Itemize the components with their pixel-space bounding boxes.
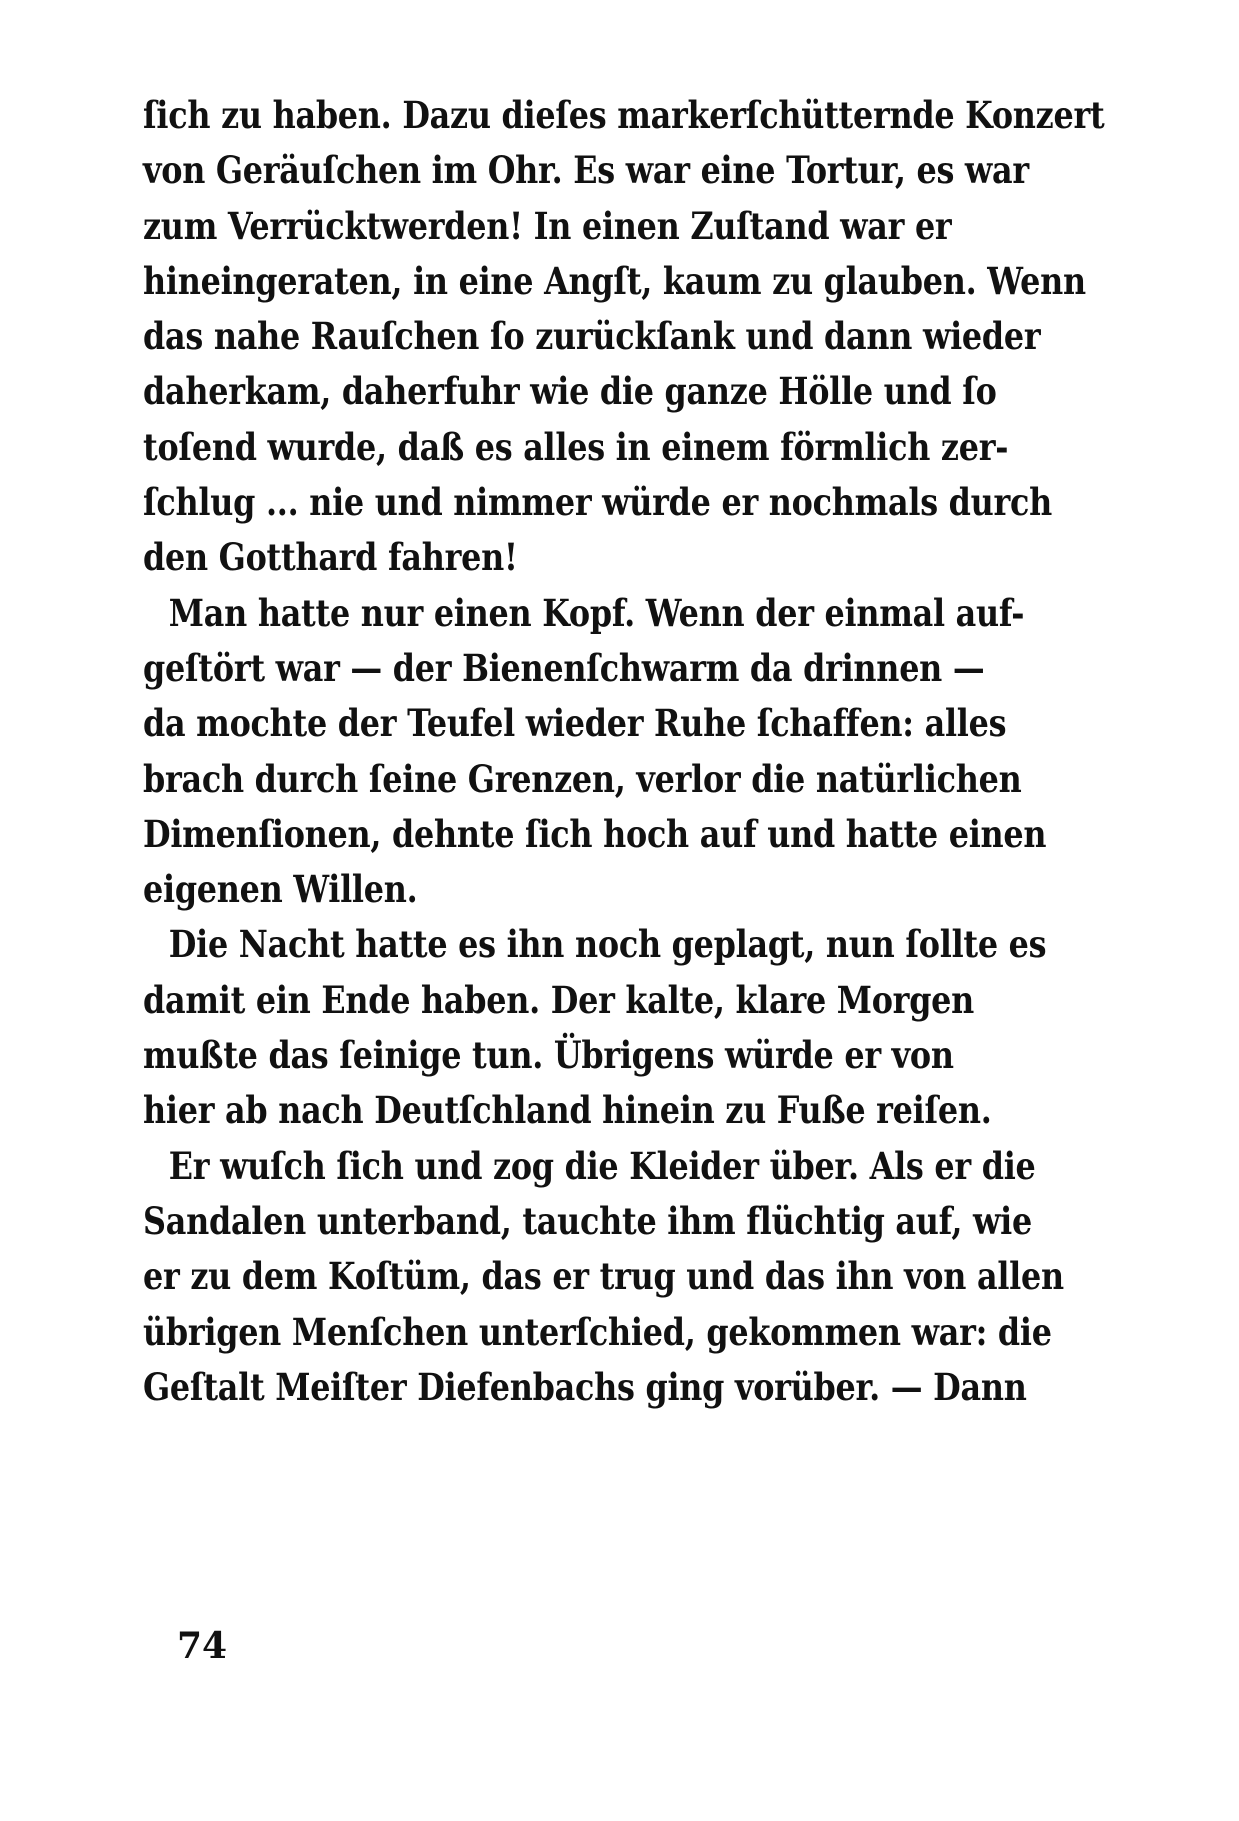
page-number: 74 bbox=[177, 1625, 227, 1667]
paragraph-start-line: Er wuſch ſich und zog die Kleider über. … bbox=[143, 1139, 932, 1194]
paragraph-end-line: den Gotthard fahren! bbox=[143, 530, 932, 585]
text-line: mußte das ſeinige tun. Übrigens würde er… bbox=[143, 1028, 932, 1083]
text-line: hineingeraten, in eine Angſt, kaum zu gl… bbox=[143, 254, 932, 309]
text-line: übrigen Menſchen unterſchied, gekommen w… bbox=[143, 1305, 932, 1360]
text-line: ſich zu haben. Dazu dieſes markerſchütte… bbox=[143, 88, 932, 143]
paragraph-start-line: Man hatte nur einen Kopf. Wenn der einma… bbox=[143, 586, 932, 641]
paragraph-start-line: Die Nacht hatte es ihn noch geplagt, nun… bbox=[143, 917, 932, 972]
text-line: Dimenſionen, dehnte ſich hoch auf und ha… bbox=[143, 807, 932, 862]
text-line: ſchlug ... nie und nimmer würde er nochm… bbox=[143, 475, 932, 530]
text-line: daherkam, daherfuhr wie die ganze Hölle … bbox=[143, 364, 932, 419]
paragraph-end-line: hier ab nach Deutſchland hinein zu Fuße … bbox=[143, 1083, 932, 1138]
book-page: ſich zu haben. Dazu dieſes markerſchütte… bbox=[0, 0, 1239, 1821]
text-line: Geſtalt Meiſter Diefenbachs ging vorüber… bbox=[143, 1360, 932, 1415]
text-line: Sandalen unterband, tauchte ihm flüchtig… bbox=[143, 1194, 932, 1249]
body-text: ſich zu haben. Dazu dieſes markerſchütte… bbox=[143, 88, 933, 1415]
text-line: damit ein Ende haben. Der kalte, klare M… bbox=[143, 973, 932, 1028]
text-line: er zu dem Koſtüm, das er trug und das ih… bbox=[143, 1249, 932, 1304]
text-line: da mochte der Teufel wieder Ruhe ſchaffe… bbox=[143, 696, 932, 751]
text-line: geſtört war — der Bienenſchwarm da drinn… bbox=[143, 641, 932, 696]
text-line: brach durch ſeine Grenzen, verlor die na… bbox=[143, 752, 932, 807]
text-line: das nahe Rauſchen ſo zurückſank und dann… bbox=[143, 309, 932, 364]
text-line: toſend wurde, daß es alles in einem förm… bbox=[143, 420, 932, 475]
paragraph-end-line: eigenen Willen. bbox=[143, 862, 932, 917]
text-line: von Geräuſchen im Ohr. Es war eine Tortu… bbox=[143, 143, 932, 198]
text-line: zum Verrücktwerden! In einen Zuſtand war… bbox=[143, 199, 932, 254]
